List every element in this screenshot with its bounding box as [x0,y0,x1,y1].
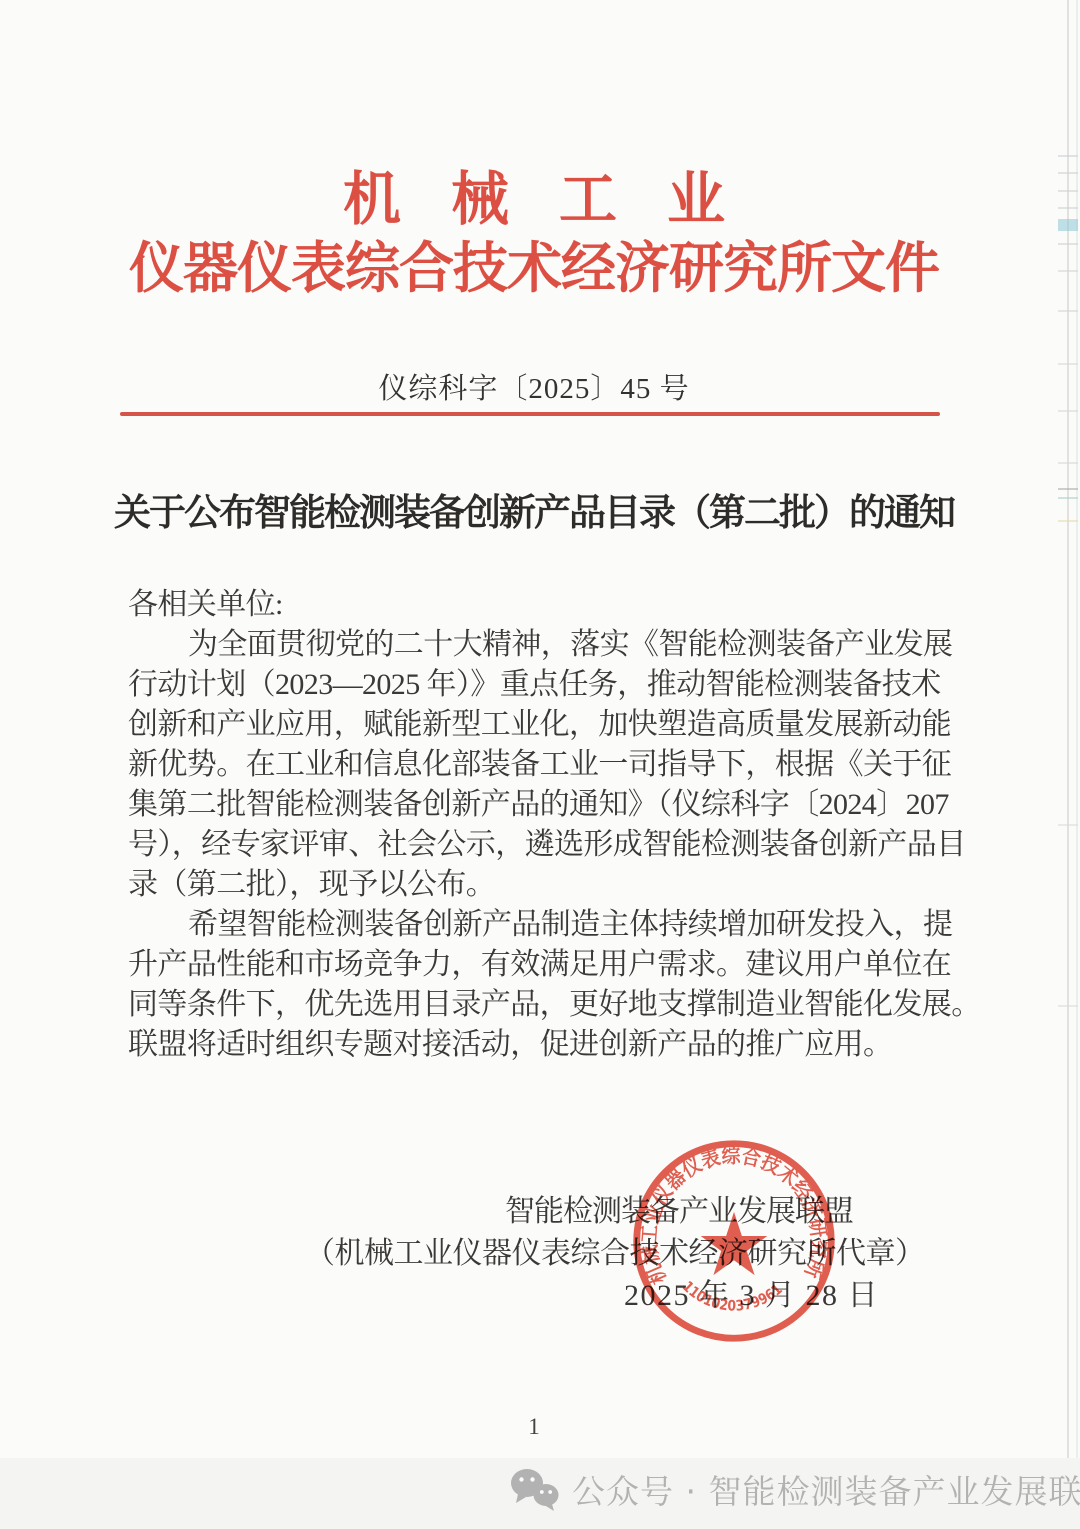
body-line: 为全面贯彻党的二十大精神，落实《智能检测装备产业发展 [128,625,973,665]
notice-body: 各相关单位: 为全面贯彻党的二十大精神，落实《智能检测装备产业发展 行动计划（2… [128,585,973,1065]
body-line: 联盟将适时组织专题对接活动，促进创新产品的推广应用。 [128,1025,973,1065]
scanned-document-page: 机械工业 仪器仪表综合技术经济研究所文件 仪综科字〔2025〕45 号 关于公布… [0,0,1080,1529]
body-line: 同等条件下，优先选用目录产品，更好地支撑制造业智能化发展。 [128,985,973,1025]
body-line: 行动计划（2023—2025 年）》重点任务，推动智能检测装备技术 [128,665,973,705]
official-seal: 机械工业仪器仪表综合技术经济研究所 1101020379961 [627,1134,841,1348]
seal-serial-textpath: 1101020379961 [679,1278,786,1315]
document-number: 仪综科字〔2025〕45 号 [0,366,1068,407]
body-line: 号），经专家评审、社会公示，遴选形成智能检测装备创新产品目 [128,825,973,865]
notice-title: 关于公布智能检测装备创新产品目录（第二批）的通知 [0,482,1068,536]
footer-bar: 公众号 · 智能检测装备产业发展联盟 [0,1458,1080,1529]
scan-artifact-tick [1058,363,1078,365]
scan-artifact-tick [1058,462,1078,464]
letterhead-line1-text: 机械工业 [343,167,775,232]
body-line: 新优势。在工业和信息化部装备工业一司指导下，根据《关于征 [128,745,973,785]
scan-artifact-tick [1058,1005,1078,1007]
footer-content: 公众号 · 智能检测装备产业发展联盟 [508,1466,1080,1513]
scan-artifact-tick [1058,410,1078,412]
scan-artifact-tick [1058,310,1078,312]
letterhead-line2: 仪器仪表综合技术经济研究所文件 [0,224,1068,303]
wechat-icon [508,1467,562,1513]
letterhead-rule [120,412,940,416]
seal-serial-text: 1101020379961 [679,1278,786,1315]
page-number: 1 [0,1414,1068,1440]
body-line: 创新和产业应用，赋能新型工业化，加快塑造高质量发展新动能 [128,705,973,745]
seal-star [701,1212,768,1275]
salutation: 各相关单位: [128,585,973,625]
scan-artifact-tick [1058,824,1078,826]
body-line: 集第二批智能检测装备创新产品的通知》（仪综科字〔2024〕207 [128,785,973,825]
body-line: 希望智能检测装备创新产品制造主体持续增加研发投入，提 [128,905,973,945]
body-line: 录（第二批），现予以公布。 [128,865,973,905]
body-line: 升产品性能和市场竞争力，有效满足用户需求。建议用户单位在 [128,945,973,985]
footer-label: 公众号 · 智能检测装备产业发展联盟 [572,1466,1080,1513]
